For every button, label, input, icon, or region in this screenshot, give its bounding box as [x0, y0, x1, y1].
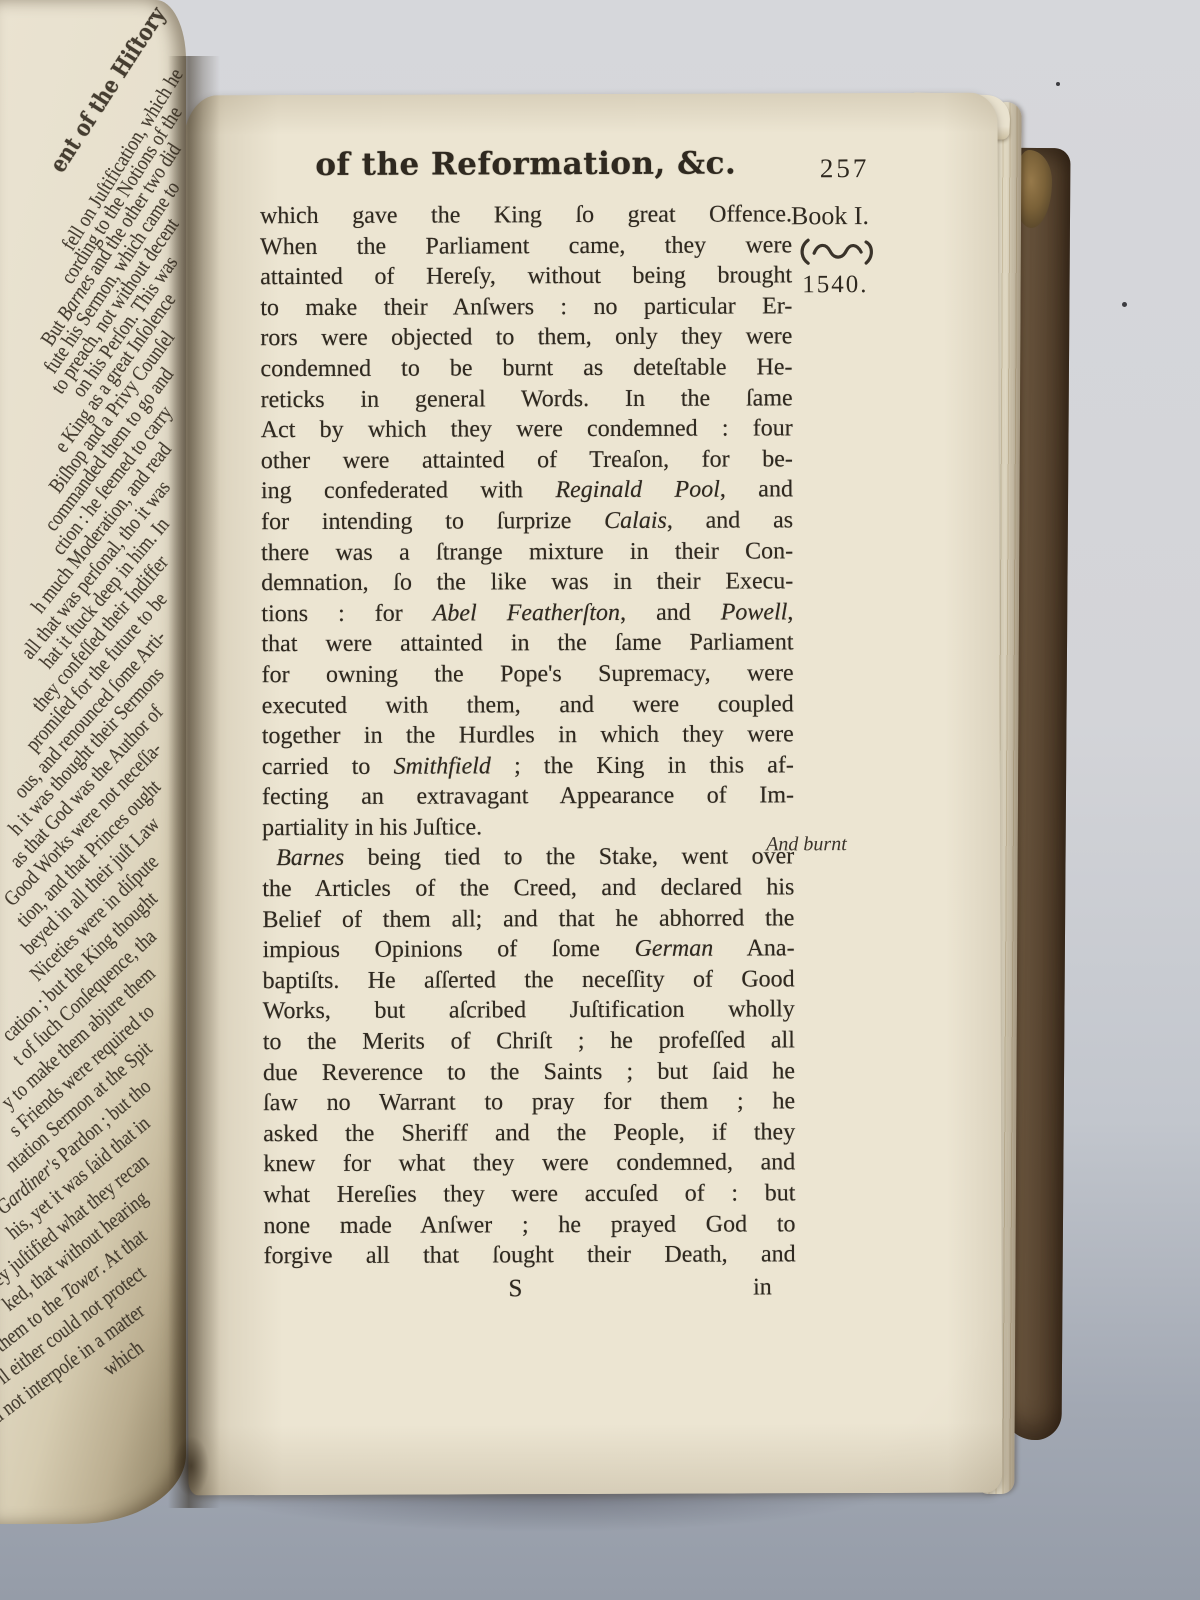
- text-line: ſaw no Warrant to pray for them ; he: [263, 1087, 795, 1119]
- right-book-page: of the Reformation, &c. 257 Book I. 1540…: [184, 93, 1003, 1496]
- dust-speck: [1056, 82, 1060, 86]
- text-line: asked the Sheriff and the People, if the…: [263, 1117, 795, 1149]
- text-line: baptiſts. He aſſerted the neceſſity of G…: [263, 964, 795, 996]
- body-text-column: which gave the King ſo great Offence.Whe…: [260, 199, 796, 1310]
- text-line: together in the Hurdles in which they we…: [262, 719, 794, 751]
- text-line: forgive all that ſought their Death, and: [264, 1239, 796, 1271]
- text-line: for owning the Pope's Supremacy, were: [262, 658, 794, 690]
- text-line: for intending to ſurprize Calais, and as: [261, 505, 793, 537]
- text-line: Barnes being tied to the Stake, went ove…: [262, 842, 794, 874]
- text-line: reticks in general Words. In the ſame: [261, 383, 793, 415]
- signature-line: S in: [264, 1274, 796, 1310]
- body-paragraph-1: which gave the King ſo great Offence.Whe…: [260, 199, 794, 843]
- gutter-foot-shadow: [172, 1434, 220, 1514]
- text-line: other were attainted of Treaſon, for be-: [261, 444, 793, 476]
- left-book-page-curled: ent of the Hiſtory fell on Juſtification…: [0, 0, 186, 1524]
- margin-note-book: Book I.: [791, 201, 869, 231]
- text-line: Belief of them all; and that he abhorred…: [262, 903, 794, 935]
- text-line: there was a ſtrange mixture in their Con…: [261, 536, 793, 568]
- text-line: When the Parliament came, they were: [260, 230, 792, 262]
- text-line: impious Opinions of ſome German Ana-: [262, 934, 794, 966]
- margin-note-year: 1540.: [802, 271, 868, 299]
- text-line: due Reverence to the Saints ; but ſaid h…: [263, 1056, 795, 1088]
- text-line: condemned to be burnt as deteſtable He-: [260, 352, 792, 384]
- text-line: fecting an extravagant Appearance of Im-: [262, 781, 794, 813]
- catchword: in: [753, 1274, 772, 1301]
- text-line: none made Anſwer ; he prayed God to: [263, 1209, 795, 1241]
- text-line: Works, but aſcribed Juſtification wholly: [263, 995, 795, 1027]
- gutter-shadow: [168, 56, 220, 1508]
- dust-speck: [1122, 302, 1127, 307]
- text-line: attainted of Hereſy, without being broug…: [260, 260, 792, 292]
- book-photo: of the Reformation, &c. 257 Book I. 1540…: [0, 0, 1200, 1600]
- text-line: what Hereſies they were accuſed of : but: [263, 1178, 795, 1210]
- text-line: ing confederated with Reginald Pool, and: [261, 475, 793, 507]
- text-line: to make their Anſwers : no particular Er…: [260, 291, 792, 323]
- text-line: the Articles of the Creed, and declared …: [262, 872, 794, 904]
- page-number: 257: [820, 153, 870, 184]
- running-header-title: of the Reformation, &c.: [260, 145, 792, 183]
- text-line: carried to Smithfield ; the King in this…: [262, 750, 794, 782]
- text-line: partiality in his Juſtice.: [262, 811, 794, 843]
- squiggle-icon: [796, 237, 880, 274]
- text-line: knew for what they were condemned, and: [263, 1148, 795, 1180]
- text-line: to the Merits of Chriſt ; he profeſſed a…: [263, 1025, 795, 1057]
- text-line: rors were objected to them, only they we…: [260, 322, 792, 354]
- body-paragraph-2: Barnes being tied to the Stake, went ove…: [262, 842, 795, 1272]
- text-line: tions : for Abel Featherſton, and Powell…: [261, 597, 793, 629]
- text-line: which gave the King ſo great Offence.: [260, 199, 792, 231]
- text-line: executed with them, and were coupled: [262, 689, 794, 721]
- text-line: Act by which they were condemned : four: [261, 413, 793, 445]
- text-line: that were attainted in the ſame Parliame…: [261, 628, 793, 660]
- signature-mark: S: [508, 1275, 522, 1303]
- text-line: demnation, ſo the like was in their Exec…: [261, 566, 793, 598]
